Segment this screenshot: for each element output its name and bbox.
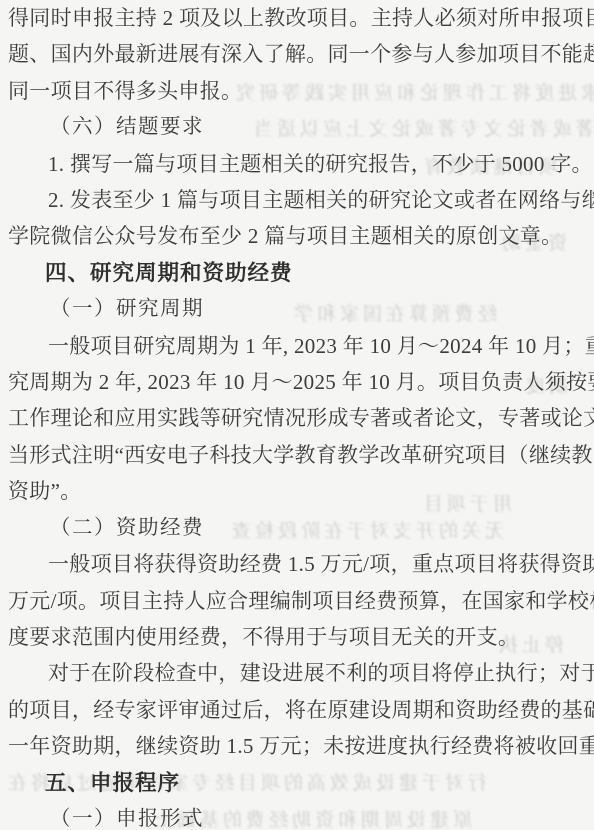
text-line: 万元/项。项目主持人应合理编制项目经费预算，在国家和学校相关财务制 bbox=[8, 583, 585, 619]
document-page: 要求进度将工作理论和应用实践等研究 成专著或者论文专著或论文上应以适当 项目继续… bbox=[0, 0, 594, 830]
text-line: 工作理论和应用实践等研究情况形成专著或者论文，专著或论文上应以适 bbox=[8, 400, 585, 436]
list-item-2: 2. 发表至少 1 篇与项目主题相关的研究论文或者在网络与继续教育 bbox=[8, 182, 585, 218]
text-line: 度要求范围内使用经费，不得用于与项目无关的开支。 bbox=[8, 619, 585, 655]
text-line: 一般项目研究周期为 1 年, 2023 年 10 月～2024 年 10 月；重… bbox=[8, 328, 585, 364]
text-line: 资助”。 bbox=[8, 473, 585, 509]
text-line: 一年资助期，继续资助 1.5 万元；未按进度执行经费将被收回重新分配。 bbox=[8, 728, 585, 764]
text-line: 学院微信公众号发布至少 2 篇与项目主题相关的原创文章。 bbox=[8, 218, 585, 254]
text-line: 的项目，经专家评审通过后，将在原建设周期和资助经费的基础上，再延长 bbox=[8, 692, 585, 728]
text-line: 题、国内外最新进展有深入了解。同一个参与人参加项目不能超过 3 项； bbox=[8, 36, 585, 72]
subsection-heading-1: （一）研究周期 bbox=[8, 291, 585, 327]
document-text: 得同时申报主持 2 项及以上教改项目。主持人必须对所申报项目的相关问 题、国内外… bbox=[8, 0, 585, 830]
text-line: 一般项目将获得资助经费 1.5 万元/项，重点项目将获得资助经费 3 bbox=[8, 546, 585, 582]
text-line: 究周期为 2 年, 2023 年 10 月～2025 年 10 月。项目负责人须… bbox=[8, 364, 585, 400]
subsection-heading-1-form: （一）申报形式 bbox=[8, 801, 585, 830]
subsection-heading-6: （六）结题要求 bbox=[8, 109, 585, 145]
text-line: 当形式注明“西安电子科技大学教育教学改革研究项目（继续教育）资金 bbox=[8, 437, 585, 473]
section-heading-4: 四、研究周期和资助经费 bbox=[8, 255, 585, 291]
section-heading-5: 五、申报程序 bbox=[8, 765, 585, 801]
text-line: 对于在阶段检查中，建设进展不利的项目将停止执行；对于建设成效高 bbox=[8, 655, 585, 691]
text-line: 得同时申报主持 2 项及以上教改项目。主持人必须对所申报项目的相关问 bbox=[8, 0, 585, 36]
subsection-heading-2: （二）资助经费 bbox=[8, 510, 585, 546]
text-line: 同一项目不得多头申报。 bbox=[8, 73, 585, 109]
list-item-1: 1. 撰写一篇与项目主题相关的研究报告，不少于 5000 字。 bbox=[8, 146, 585, 182]
